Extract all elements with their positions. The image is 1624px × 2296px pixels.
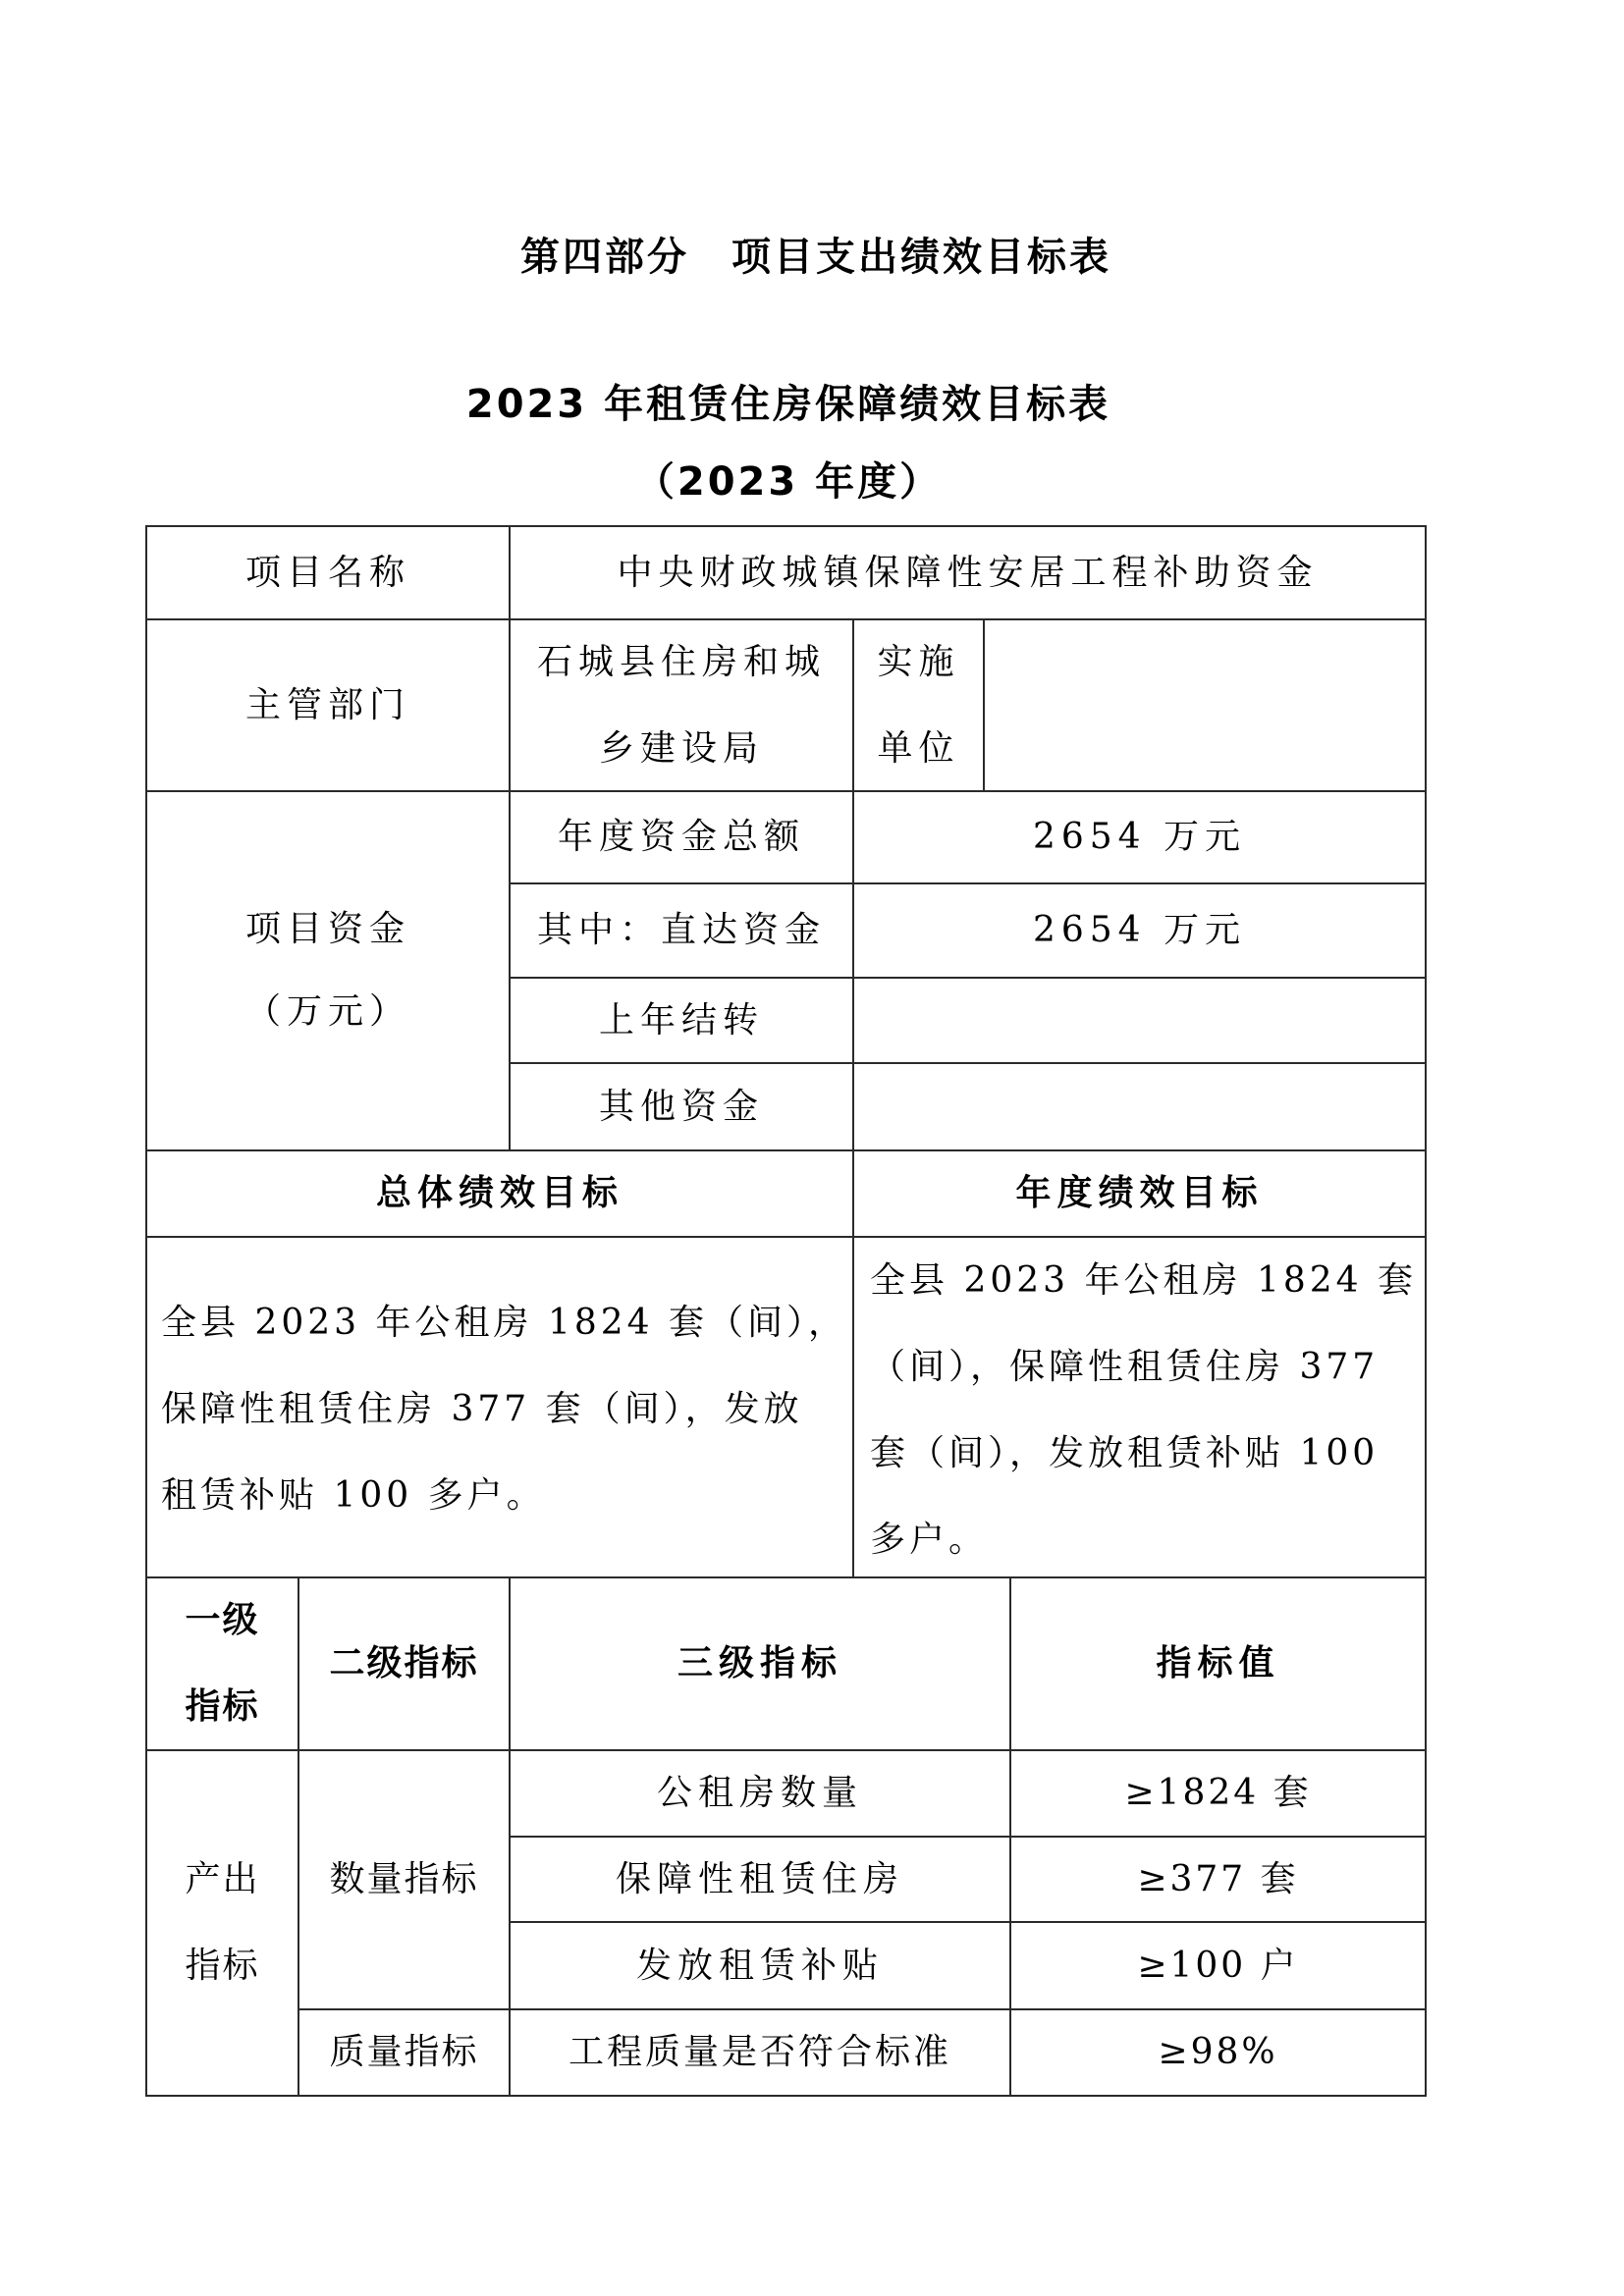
implementing-unit-label-line: 单位 [877,706,959,792]
implementing-unit-label: 实施 单位 [854,620,983,790]
funding-row-value: 2654 万元 [854,792,1425,882]
indicator-value-header: 指标值 [1011,1578,1425,1749]
level1-header-line: 指标 [185,1664,259,1750]
level3-indicator: 工程质量是否符合标准 [511,2010,1009,2095]
department-value-line: 乡建设局 [599,706,764,792]
project-name-label: 项目名称 [147,527,509,618]
overall-goal-line: 全县 2023 年公租房 1824 套（间）， [161,1280,848,1366]
annual-goal-header: 年度绩效目标 [854,1151,1425,1236]
indicator-value: ≥377 套 [1011,1838,1425,1921]
implementing-unit-value [985,620,1425,790]
overall-goal-header: 总体绩效目标 [147,1151,852,1236]
funding-label-line: （万元） [245,971,410,1053]
level3-indicator: 发放租赁补贴 [511,1923,1009,2008]
funding-row-value [854,1064,1425,1149]
table-border-right [1425,525,1427,2097]
indicator-value: ≥98% [1011,2010,1425,2095]
funding-label: 项目资金 （万元） [147,792,509,1149]
annual-goal-line: （间），保障性租赁住房 377 [870,1324,1420,1411]
funding-row-label: 年度资金总额 [511,792,852,882]
indicator-value: ≥1824 套 [1011,1751,1425,1836]
funding-row-label: 上年结转 [511,979,852,1062]
level2-indicator-quantity: 数量指标 [299,1751,509,2008]
level3-indicator: 公租房数量 [511,1751,1009,1836]
level1-indicator-line: 指标 [185,1923,259,2009]
level2-indicator-header: 二级指标 [299,1578,509,1749]
level1-indicator-header: 一级 指标 [147,1578,298,1749]
funding-label-line: 项目资金 [245,888,410,971]
overall-goal-text: 全县 2023 年公租房 1824 套（间）， 保障性租赁住房 377 套（间）… [161,1280,848,1539]
department-label: 主管部门 [147,620,509,790]
level1-header-line: 一级 [185,1577,259,1664]
funding-row-label: 其他资金 [511,1064,852,1149]
level1-indicator-line: 产出 [185,1837,259,1923]
funding-row-value: 2654 万元 [854,884,1425,977]
level3-indicator-header: 三级指标 [511,1578,1009,1749]
level3-indicator: 保障性租赁住房 [511,1838,1009,1921]
department-value-line: 石城县住房和城 [537,619,826,706]
annual-goal-line: 多户。 [870,1497,1420,1583]
indicator-value: ≥100 户 [1011,1923,1425,2008]
overall-goal-line: 保障性租赁住房 377 套（间），发放 [161,1366,848,1453]
annual-goal-line: 套（间），发放租赁补贴 100 [870,1411,1420,1497]
implementing-unit-label-line: 实施 [877,619,959,706]
funding-row-label: 其中：直达资金 [511,884,852,977]
overall-goal-line: 租赁补贴 100 多户。 [161,1453,848,1539]
annual-goal-text: 全县 2023 年公租房 1824 套 （间），保障性租赁住房 377 套（间）… [870,1238,1420,1583]
level2-indicator-quality: 质量指标 [299,2010,509,2095]
project-name-value: 中央财政城镇保障性安居工程补助资金 [511,527,1425,618]
funding-row-value [854,979,1425,1062]
department-value: 石城县住房和城 乡建设局 [511,620,852,790]
annual-goal-line: 全县 2023 年公租房 1824 套 [870,1238,1420,1324]
level1-indicator-output: 产出 指标 [147,1751,298,2095]
